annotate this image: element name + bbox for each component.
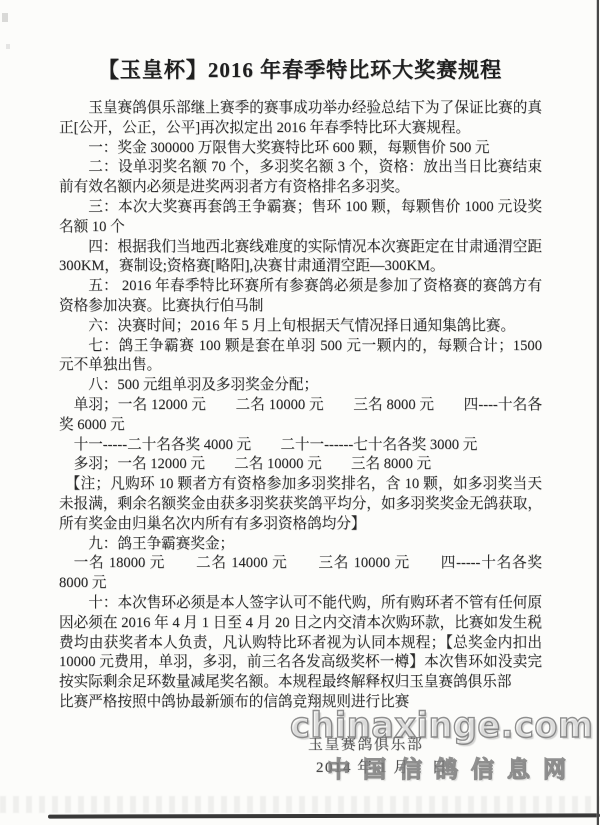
signature-organization: 玉皇赛鸽俱乐部	[308, 733, 424, 754]
signature-block: 玉皇赛鸽俱乐部 2014 年 1 月 日	[0, 0, 600, 825]
signature-date: 2014 年 1 月 日	[316, 756, 448, 777]
scanned-document-page: 【玉皇杯】2016 年春季特比环大奖赛规程 玉皇赛鸽俱乐部继上赛季的赛事成功举办…	[0, 0, 600, 825]
